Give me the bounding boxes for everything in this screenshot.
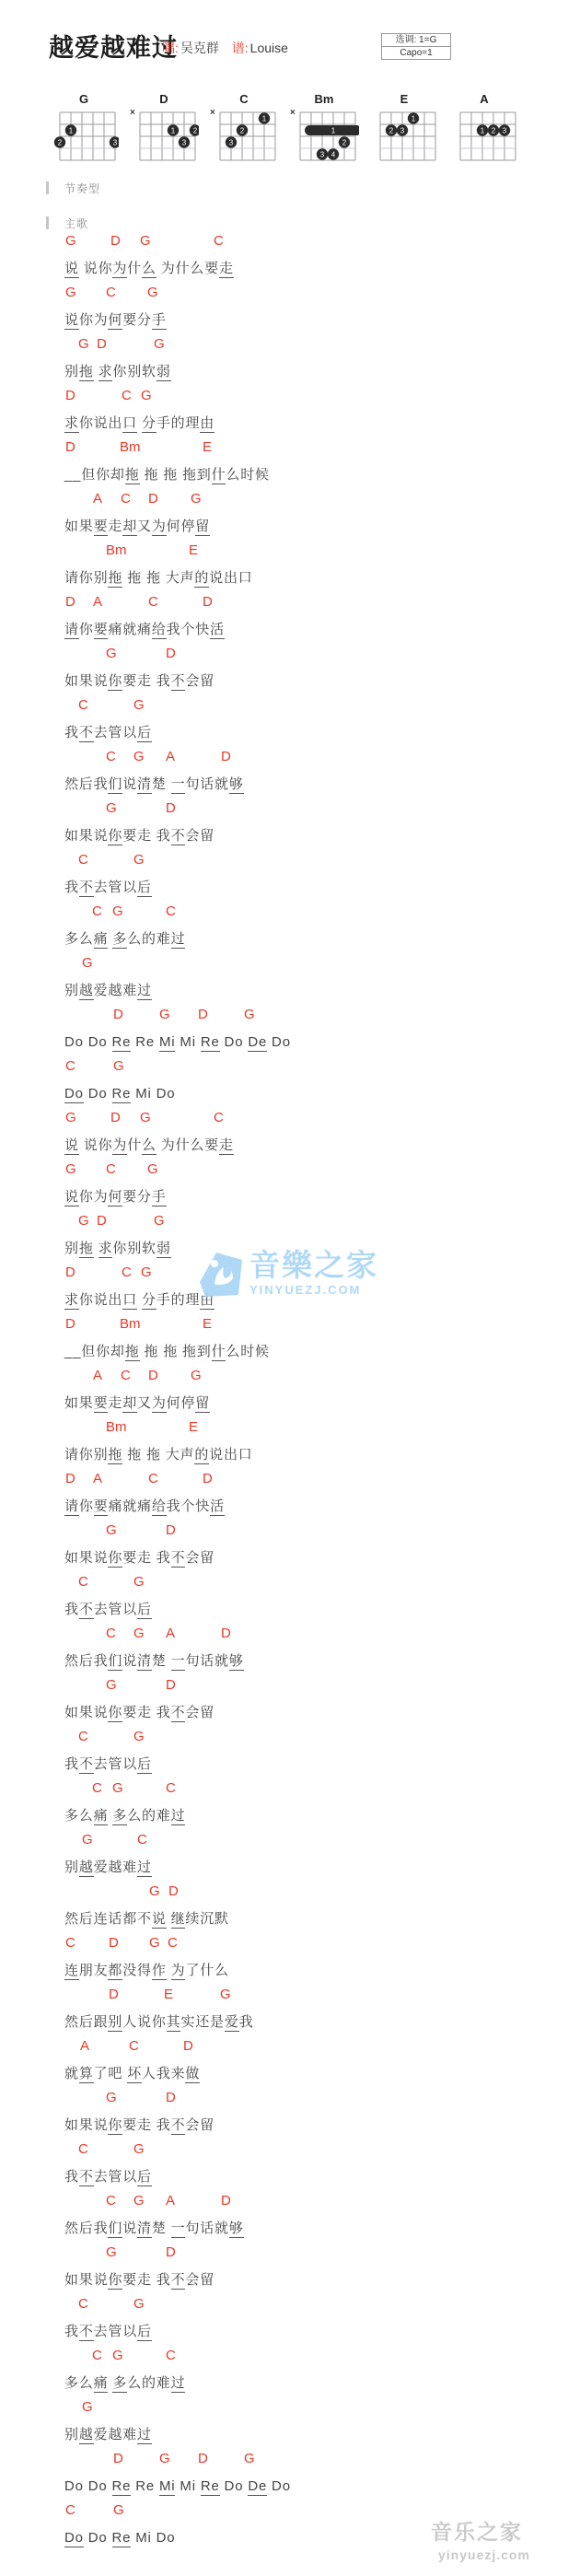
lyric-underlined: 求 xyxy=(99,1241,113,1258)
key-capo-box: 选调: 1=G Capo=1 xyxy=(381,33,451,60)
lyric-underlined: 手 xyxy=(152,312,167,330)
lyric-text: 朋友 xyxy=(79,1963,109,1978)
chord-line: ACD xyxy=(64,2034,568,2059)
chord-symbol: D xyxy=(148,1368,158,1383)
lyric-underlined: 一 xyxy=(171,1653,186,1671)
chord-symbol: C xyxy=(78,1729,88,1744)
lyric-underlined: 给 xyxy=(152,1498,167,1516)
chord-symbol: G xyxy=(113,2502,124,2518)
lyric-text: 说出口 xyxy=(209,1447,252,1463)
chord-symbol: C xyxy=(214,233,224,249)
lyric-underlined: Re xyxy=(112,1034,132,1052)
lyric-underlined: 越 xyxy=(79,2427,94,2444)
lyric-underlined: 后 xyxy=(137,880,152,897)
chord-diagram-name: E xyxy=(369,92,439,106)
song-line: DBmE__但你却拖 拖 拖 拖到什么时候 xyxy=(64,435,568,486)
section-rhythm: 节奏型 xyxy=(46,181,100,195)
chord-symbol: G xyxy=(112,1780,123,1796)
chord-line: GD xyxy=(64,1673,568,1698)
lyric-text: 实还是 xyxy=(180,2014,224,2030)
lyric-text: Do xyxy=(220,1034,249,1050)
lyric-text: 又 xyxy=(137,1395,152,1411)
song-line: GD如果说你要走 我不会留 xyxy=(64,1673,568,1724)
lyric-underlined: 口 xyxy=(122,1292,137,1310)
lyric-text: 请你别 xyxy=(64,1447,108,1463)
lyric-text: 你别软 xyxy=(112,364,156,379)
chord-symbol: C xyxy=(121,1368,131,1383)
chord-symbol: A xyxy=(93,594,102,610)
lyric-underlined: 活 xyxy=(210,622,225,639)
lyric-text: 么时候 xyxy=(226,467,269,483)
lyric-text: 你 xyxy=(79,1498,94,1514)
chord-line: DGDG xyxy=(64,2446,568,2472)
lyric-underlined: 不 xyxy=(79,1756,94,1774)
svg-text:1: 1 xyxy=(331,127,336,135)
song-line: GDGC说 说你为什么 为什么要走 xyxy=(64,228,568,280)
lyric-text: Do xyxy=(220,2478,249,2494)
chord-sheet-page: { "header": { "title": "越爱越难过", "sing_la… xyxy=(0,0,568,2576)
chord-line: GD xyxy=(64,2085,568,2111)
lyric-underlined: 作 xyxy=(152,1963,167,1980)
lyric-text: 多么 xyxy=(64,2375,94,2391)
lyric-text: 如果说 xyxy=(64,2272,108,2288)
song-line: BmE请你别拖 拖 拖 大声的说出口 xyxy=(64,538,568,589)
chord-symbol: G xyxy=(191,1368,202,1383)
lyric-underlined: 拖 xyxy=(125,467,140,484)
chord-line: GD xyxy=(64,2240,568,2266)
chord-line: CGAD xyxy=(64,744,568,770)
lyric-text: 何停 xyxy=(167,1395,196,1411)
chord-symbol: G xyxy=(149,1883,160,1899)
lyric-text: 续沉默 xyxy=(185,1911,228,1927)
lyric-underlined: 过 xyxy=(137,2427,152,2444)
chord-symbol: G xyxy=(106,800,117,816)
lyric-underlined: Re xyxy=(201,1034,220,1052)
lyric-text: 人我来 xyxy=(142,2066,185,2081)
svg-text:1: 1 xyxy=(412,115,416,123)
lyric-text: 如果说 xyxy=(64,1550,108,1566)
lyric-text: 楚 xyxy=(152,2220,171,2236)
song-line: ACD就算了吧 坏人我来做 xyxy=(64,2034,568,2085)
lyric-underlined: 为 xyxy=(112,261,127,278)
lyric-text: Re xyxy=(131,1034,159,1050)
chord-symbol: C xyxy=(106,749,116,764)
lyric-underlined: 何 xyxy=(108,1189,122,1206)
chord-symbol: C xyxy=(166,2348,176,2363)
lyric-underlined: 坏 xyxy=(127,2066,142,2083)
chord-diagram-name: G xyxy=(49,92,119,106)
lyric-underlined: 走 xyxy=(219,1137,234,1155)
chord-line: CGC xyxy=(64,899,568,925)
lyric-text: 说 xyxy=(122,2220,137,2236)
chord-diagram-Bm: Bm×1234 xyxy=(289,92,359,169)
lyric-text: 会留 xyxy=(185,673,214,689)
lyric-underlined: 不 xyxy=(171,828,186,845)
lyric-text: 会留 xyxy=(185,2117,214,2133)
lyric-underlined: 一 xyxy=(171,776,186,794)
lyric-underlined: 说 xyxy=(64,1137,79,1155)
lyric-underlined: 不 xyxy=(79,2324,94,2341)
chord-symbol: A xyxy=(166,749,175,764)
chord-symbol: C xyxy=(65,1935,75,1951)
lyric-text: 去管以 xyxy=(94,2169,137,2185)
lyric-underlined: Do xyxy=(64,1086,84,1103)
lyric-text: 爱越难 xyxy=(94,1859,137,1875)
chord-diagram-E: E123 xyxy=(369,92,439,169)
song-line: GD如果说你要走 我不会留 xyxy=(64,2085,568,2137)
song-line: CGC多么痛 多么的难过 xyxy=(64,1776,568,1827)
song-line: GDG别拖 求你别软弱 xyxy=(64,1208,568,1260)
chord-grid: 123 xyxy=(449,106,519,165)
chord-symbol: C xyxy=(78,1574,88,1590)
chord-line: DCG xyxy=(64,1260,568,1286)
lyric-text: 拖 拖 大声 xyxy=(122,570,194,586)
key-label: 选调: 1=G xyxy=(382,34,450,46)
lyric-underlined: 分 xyxy=(142,415,156,433)
chord-symbol: D xyxy=(113,2451,123,2466)
chord-line: DEG xyxy=(64,1982,568,2008)
song-line: CGC多么痛 多么的难过 xyxy=(64,899,568,950)
chord-symbol: C xyxy=(106,2193,116,2209)
svg-text:3: 3 xyxy=(182,139,187,147)
lyric-underlined: 拖 xyxy=(79,1241,94,1258)
lyric-text: Do xyxy=(267,1034,291,1050)
lyric-text: 拖 拖 拖到 xyxy=(140,467,212,483)
lyric-underlined: 说 xyxy=(64,1189,79,1206)
chord-symbol: G xyxy=(133,2193,145,2209)
lyric-text: 手的理 xyxy=(156,415,200,431)
lyric-underlined: 为 xyxy=(152,1395,167,1413)
chord-symbol: E xyxy=(189,542,198,558)
chord-symbol: D xyxy=(65,439,75,455)
chord-symbol: G xyxy=(112,2348,123,2363)
lyric-underlined: 口 xyxy=(122,415,137,433)
lyric-text: 要走 我 xyxy=(122,673,170,689)
lyric-underlined: Mi xyxy=(159,2478,175,2496)
chord-line: CGAD xyxy=(64,2188,568,2214)
chord-line: DBmE xyxy=(64,1311,568,1337)
lyric-text: 拖 拖 大声 xyxy=(122,1447,194,1463)
lyric-text: 你别软 xyxy=(112,1241,156,1256)
chord-diagram-D: D×123 xyxy=(129,92,199,169)
lyric-underlined: 说 xyxy=(64,312,79,330)
rhythm-pattern-label: 节奏型 xyxy=(64,181,100,196)
chord-symbol: C xyxy=(122,1265,132,1280)
lyric-text: Do xyxy=(267,2478,291,2494)
chord-symbol: D xyxy=(203,594,213,610)
song-line: CG我不去管以后 xyxy=(64,2291,568,2343)
lyric-underlined: 求 xyxy=(99,364,113,381)
song-line: GD如果说你要走 我不会留 xyxy=(64,796,568,847)
chord-line: G xyxy=(64,2395,568,2420)
lyric-text: 走 xyxy=(108,1395,122,1411)
chord-symbol: G xyxy=(133,1626,145,1641)
song-line: GDG别拖 求你别软弱 xyxy=(64,332,568,383)
lyric-text: 别 xyxy=(64,2427,79,2442)
lyric-text: 你 xyxy=(79,622,94,637)
chord-symbol: Bm xyxy=(120,1316,141,1332)
lyric-underlined: 为 xyxy=(152,519,167,536)
lyric-underlined: 们 xyxy=(108,1653,122,1671)
chord-symbol: D xyxy=(110,1110,121,1125)
chord-diagram-A: A123 xyxy=(449,92,519,169)
lyric-text: 别 xyxy=(64,983,79,998)
lyric-underlined: 过 xyxy=(171,931,186,949)
lyric-underlined: 拖 xyxy=(108,570,122,588)
chord-symbol: G xyxy=(133,852,145,868)
chord-line: BmE xyxy=(64,1415,568,1440)
lyric-underlined: 求 xyxy=(64,1292,79,1310)
chord-symbol: A xyxy=(166,1626,175,1641)
lyric-underlined: 不 xyxy=(79,2169,94,2186)
lyric-text: 会留 xyxy=(185,828,214,844)
song-line: CGAD然后我们说清楚 一句话就够 xyxy=(64,744,568,796)
lyric-text: 我个快 xyxy=(167,1498,210,1514)
lyric-underlined: 你 xyxy=(108,2117,122,2135)
chord-symbol: A xyxy=(93,1368,102,1383)
capo-label: Capo=1 xyxy=(382,46,450,59)
chord-symbol: G xyxy=(140,1110,151,1125)
lyric-underlined: 后 xyxy=(137,1756,152,1774)
lyric-underlined: 什 xyxy=(212,467,226,484)
chord-symbol: C xyxy=(106,1626,116,1641)
lyric-underlined: Re xyxy=(112,2478,132,2496)
lyric-underlined: 多 xyxy=(112,931,127,949)
lyric-text: Mi Do xyxy=(131,1086,175,1102)
chord-symbol: G xyxy=(82,2399,93,2415)
lyric-text: 没得 xyxy=(122,1963,152,1978)
lyric-text: 然后跟 xyxy=(64,2014,108,2030)
lyric-underlined: 不 xyxy=(79,880,94,897)
song-line: CG我不去管以后 xyxy=(64,2137,568,2188)
lyric-underlined: 后 xyxy=(137,2169,152,2186)
lyric-text: 楚 xyxy=(152,776,171,792)
chord-symbol: G xyxy=(112,903,123,919)
chord-line: CGC xyxy=(64,1776,568,1801)
lyric-underlined: 都 xyxy=(108,1963,122,1980)
lyric-underlined: 拖 xyxy=(125,1344,140,1361)
lyric-underlined: 够 xyxy=(229,1653,244,1671)
chord-symbol: G xyxy=(133,2141,145,2157)
chord-symbol: D xyxy=(109,1987,119,2002)
chord-symbol: A xyxy=(93,491,102,507)
chord-symbol: C xyxy=(78,2141,88,2157)
chord-line: ACDG xyxy=(64,486,568,512)
chord-symbol: G xyxy=(133,1729,145,1744)
chord-symbol: G xyxy=(141,388,152,403)
song-line: ACDG如果要走却又为何停留 xyxy=(64,1363,568,1415)
lyric-underlined: 留 xyxy=(195,1395,210,1413)
chord-symbol: C xyxy=(92,2348,102,2363)
chord-line: GDGC xyxy=(64,1105,568,1131)
lyric-underlined: 的 xyxy=(194,1447,209,1464)
chord-symbol: C xyxy=(129,2038,139,2054)
lyric-underlined: 够 xyxy=(229,2220,244,2238)
song-line: GD然后连话都不说 继续沉默 xyxy=(64,1879,568,1930)
lyric-text: 爱越难 xyxy=(94,2427,137,2442)
lyric-underlined: 后 xyxy=(137,1602,152,1619)
chord-diagrams: G123D×123C×123Bm×1234E123A123 xyxy=(49,92,519,169)
lyric-underlined: Re xyxy=(201,2478,220,2496)
lyric-underlined: 拖 xyxy=(108,1447,122,1464)
lyric-underlined: 你 xyxy=(108,2272,122,2290)
lyric-underlined: 由 xyxy=(200,1292,214,1310)
chord-symbol: G xyxy=(78,336,89,352)
svg-text:3: 3 xyxy=(503,127,507,135)
chord-symbol: C xyxy=(121,491,131,507)
chord-line: CG xyxy=(64,693,568,718)
lyric-text: 说你 xyxy=(79,261,113,276)
chord-grid: ×123 xyxy=(209,106,279,165)
lyric-underlined: 不 xyxy=(171,1705,186,1722)
svg-text:3: 3 xyxy=(229,139,234,147)
chord-symbol: D xyxy=(65,594,75,610)
lyric-text: 你为 xyxy=(79,312,109,328)
chord-symbol: Bm xyxy=(106,1419,127,1435)
chord-line: GDG xyxy=(64,1208,568,1234)
chord-symbol: E xyxy=(203,439,212,455)
song-line: CGAD然后我们说清楚 一句话就够 xyxy=(64,1621,568,1673)
chord-symbol: G xyxy=(141,1265,152,1280)
lyric-text: 为什么要 xyxy=(156,261,219,276)
lyric-underlined: 走 xyxy=(219,261,234,278)
chord-line: BmE xyxy=(64,538,568,564)
chord-symbol: E xyxy=(203,1316,212,1332)
lyric-text: 楚 xyxy=(152,1653,171,1669)
lyric-text: Do Do xyxy=(64,1034,112,1050)
chord-symbol: G xyxy=(133,2296,145,2312)
lyric-underlined: 多 xyxy=(112,1808,127,1825)
chord-symbol: G xyxy=(106,1677,117,1693)
lyric-text: 会留 xyxy=(185,1550,214,1566)
lyric-text: 我 xyxy=(64,2324,79,2339)
chord-line: GCG xyxy=(64,280,568,306)
song-line: DCG求你说出口 分手的理由 xyxy=(64,1260,568,1311)
chord-line: CG xyxy=(64,1724,568,1750)
section-bar xyxy=(46,216,49,229)
svg-text:2: 2 xyxy=(193,127,198,135)
lyric-underlined: 要 xyxy=(94,1498,109,1516)
svg-text:4: 4 xyxy=(331,151,336,159)
chord-symbol: D xyxy=(113,1007,123,1022)
lyric-text: 你为 xyxy=(79,1189,109,1205)
lyric-text: 别 xyxy=(64,1859,79,1875)
chord-symbol: G xyxy=(159,1007,170,1022)
credits: 唱:吴克群 谱:Louise xyxy=(162,39,290,57)
lyric-text: 要走 我 xyxy=(122,2117,170,2133)
lyric-underlined: 们 xyxy=(108,2220,122,2238)
lyric-text: __但你却 xyxy=(64,467,125,483)
chord-symbol: A xyxy=(93,1471,102,1486)
chord-symbol: C xyxy=(168,1935,178,1951)
chord-line: GD xyxy=(64,1518,568,1544)
lyric-text: 要走 我 xyxy=(122,1705,170,1720)
chord-symbol: G xyxy=(133,697,145,713)
lyric-text: 说你 xyxy=(79,1137,113,1153)
chord-symbol: G xyxy=(149,1935,160,1951)
lyric-text: 要走 我 xyxy=(122,1550,170,1566)
song-line: CGAD然后我们说清楚 一句话就够 xyxy=(64,2188,568,2240)
chord-symbol: G xyxy=(82,955,93,971)
chord-line: GD xyxy=(64,796,568,822)
song-line: CG我不去管以后 xyxy=(64,1569,568,1621)
chord-symbol: C xyxy=(122,388,132,403)
lyric-text: 句话就 xyxy=(185,2220,228,2236)
lyric-text: 多么 xyxy=(64,931,94,947)
lyric-text: 去管以 xyxy=(94,880,137,895)
song-line: GD如果说你要走 我不会留 xyxy=(64,641,568,693)
lyric-text: 然后我 xyxy=(64,776,108,792)
lyric-text: __但你却 xyxy=(64,1344,125,1359)
svg-text:1: 1 xyxy=(171,127,176,135)
arrange-label: 谱: xyxy=(232,41,249,55)
chord-line: GC xyxy=(64,1827,568,1853)
chord-line: CG xyxy=(64,2291,568,2317)
lyric-text: 要走 我 xyxy=(122,2272,170,2288)
chord-symbol: G xyxy=(220,1987,231,2002)
chord-symbol: D xyxy=(65,388,75,403)
lyric-text: 我 xyxy=(64,880,79,895)
lyric-line: Do Do Re Mi Do xyxy=(64,2524,568,2554)
lyric-underlined: 为 xyxy=(112,1137,127,1155)
lyric-underlined: 一 xyxy=(171,2220,186,2238)
lyric-underlined: 不 xyxy=(171,673,186,691)
lyric-text: 然后我 xyxy=(64,1653,108,1669)
lyric-underlined: 继 xyxy=(171,1911,186,1929)
lyric-underlined: 后 xyxy=(137,2324,152,2341)
chord-symbol: D xyxy=(110,233,121,249)
lyric-underlined: 由 xyxy=(200,415,214,433)
chord-symbol: G xyxy=(147,285,158,300)
chord-line: DBmE xyxy=(64,435,568,460)
lyric-underlined: 清 xyxy=(137,2220,152,2238)
lyric-underlined: 要 xyxy=(94,622,109,639)
lyric-text: 你说出 xyxy=(79,415,122,431)
chord-line: CGC xyxy=(64,2343,568,2369)
chord-symbol: G xyxy=(82,1832,93,1847)
lyric-text: 了吧 xyxy=(94,2066,128,2081)
chord-symbol: Bm xyxy=(120,439,141,455)
chord-symbol: D xyxy=(168,1883,179,1899)
lyric-underlined: 么 xyxy=(142,1137,156,1155)
lyric-text xyxy=(94,364,99,379)
lyric-text: 么的难 xyxy=(127,931,170,947)
song-line: GCG说你为何要分手 xyxy=(64,280,568,332)
lyric-underlined: Do xyxy=(64,2530,84,2547)
chord-symbol: D xyxy=(166,2244,176,2260)
chord-grid: ×123 xyxy=(129,106,199,165)
chord-diagram-name: D xyxy=(129,92,199,106)
lyric-text: 去管以 xyxy=(94,1756,137,1772)
lyric-text: Do xyxy=(84,1086,112,1102)
lyric-underlined: 么 xyxy=(142,261,156,278)
lyric-underlined: 多 xyxy=(112,2375,127,2393)
lyric-underlined: 你 xyxy=(108,828,122,845)
muted-string-x-icon: × xyxy=(130,108,135,118)
chord-symbol: D xyxy=(97,336,107,352)
lyric-text: 然后连话都不 xyxy=(64,1911,152,1927)
lyric-text: 然后我 xyxy=(64,2220,108,2236)
lyric-underlined: 清 xyxy=(137,776,152,794)
song-line: GCG说你为何要分手 xyxy=(64,1157,568,1208)
chord-symbol: C xyxy=(92,1780,102,1796)
chord-symbol: D xyxy=(166,646,176,661)
lyric-underlined: 清 xyxy=(137,1653,152,1671)
chord-symbol: G xyxy=(154,1213,165,1229)
svg-text:2: 2 xyxy=(389,127,394,135)
lyric-text: 如果说 xyxy=(64,673,108,689)
lyric-underlined: 连 xyxy=(64,1963,79,1980)
